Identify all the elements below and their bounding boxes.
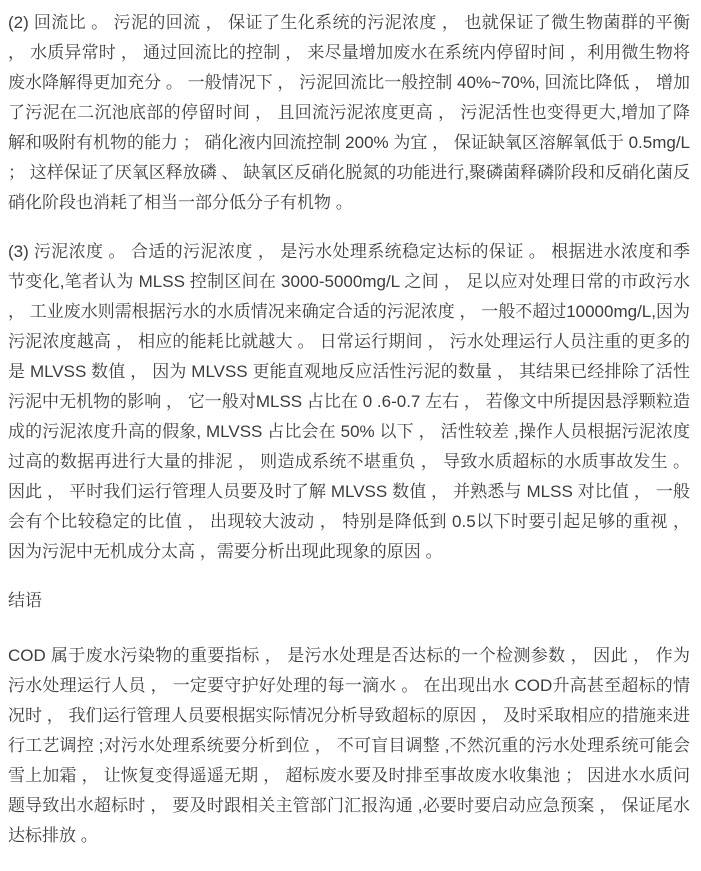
conclusion-heading: 结语 bbox=[8, 586, 690, 616]
paragraph-conclusion: COD 属于废水污染物的重要指标 ， 是污水处理是否达标的一个检测参数 ， 因此… bbox=[8, 641, 690, 851]
paragraph-sludge-concentration: (3) 污泥浓度 。 合适的污泥浓度 ， 是污水处理系统稳定达标的保证 。 根据… bbox=[8, 237, 690, 567]
article-body: (2) 回流比 。 污泥的回流 ， 保证了生化系统的污泥浓度 ， 也就保证了微生… bbox=[0, 0, 701, 871]
paragraph-reflux-ratio: (2) 回流比 。 污泥的回流 ， 保证了生化系统的污泥浓度 ， 也就保证了微生… bbox=[8, 8, 690, 218]
